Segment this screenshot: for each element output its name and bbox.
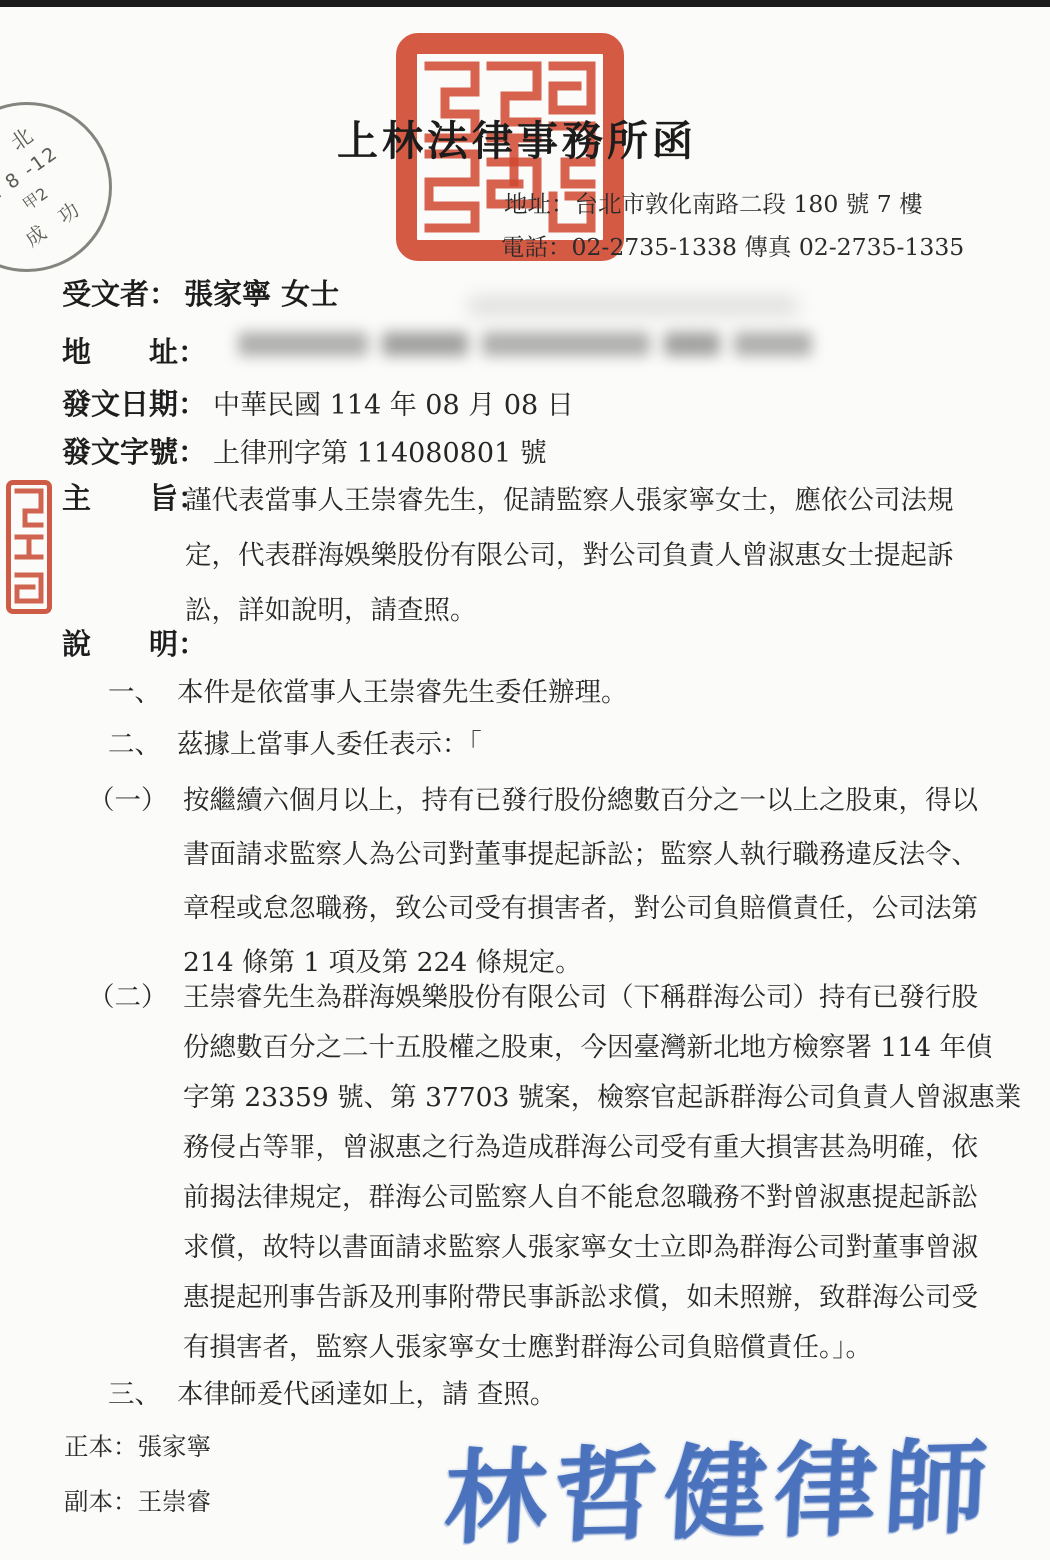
recipient-row: 受文者： 張家寧 女士 bbox=[62, 272, 339, 313]
sub-item-2-line: 份總數百分之二十五股權之股東，今因臺灣新北地方檢察署 114 年偵 bbox=[183, 1025, 992, 1064]
scan-edge-strip bbox=[0, 0, 1050, 7]
original-copy-line: 正本：張家寧 bbox=[64, 1428, 211, 1463]
letterhead-phone-fax: 電話：02-2735-1338 傳真 02-2735-1335 bbox=[501, 228, 964, 262]
postal-stamp-text: 北 8. 8 -12 甲2 成功 bbox=[0, 102, 112, 272]
item-2-marker: 二、 bbox=[108, 722, 161, 761]
letterhead-title: 上林法律事務所函 bbox=[337, 108, 697, 167]
attorney-name-seal-icon bbox=[6, 480, 52, 614]
sub-item-2-line: 字第 23359 號、第 37703 號案，檢察官起訴群海公司負責人曾淑惠業 bbox=[183, 1075, 1021, 1114]
subject-line: 謹代表當事人王崇睿先生，促請監察人張家寧女士，應依公司法規 bbox=[185, 478, 954, 517]
item-1-text: 本件是依當事人王崇睿先生委任辦理。 bbox=[177, 670, 628, 709]
issue-date-label: 發文日期： bbox=[62, 382, 207, 423]
sub-item-1-line: 按繼續六個月以上，持有已發行股份總數百分之一以上之股東，得以 bbox=[183, 778, 978, 817]
subject-line: 定，代表群海娛樂股份有限公司，對公司負責人曾淑惠女士提起訴 bbox=[185, 533, 954, 572]
redacted-address bbox=[238, 324, 878, 364]
sub-item-2-marker: （二） bbox=[88, 975, 168, 1014]
sub-item-1-line: 章程或怠忽職務，致公司受有損害者，對公司負賠償責任，公司法第 bbox=[183, 886, 978, 925]
reference-number-row: 發文字號： 上律刑字第 114080801 號 bbox=[62, 430, 547, 471]
address-label: 地 址： bbox=[62, 330, 207, 371]
issue-date-value: 中華民國 114 年 08 月 08 日 bbox=[213, 383, 574, 422]
duplicate-copy-line: 副本：王崇睿 bbox=[64, 1483, 211, 1518]
redaction-block bbox=[238, 332, 368, 356]
postmark-region: 北 bbox=[4, 120, 38, 157]
letterhead-address: 地址：台北市敦化南路二段 180 號 7 樓 bbox=[504, 185, 923, 219]
reference-number-label: 發文字號： bbox=[62, 430, 207, 471]
sub-item-1-line: 214 條第 1 項及第 224 條規定。 bbox=[183, 940, 582, 979]
redaction-block bbox=[664, 332, 720, 356]
sub-item-2-line: 務侵占等罪，曾淑惠之行為造成群海公司受有重大損害甚為明確，依 bbox=[183, 1125, 978, 1164]
recipient-name: 張家寧 女士 bbox=[184, 272, 339, 313]
explanation-label: 說 明： bbox=[62, 622, 207, 663]
redaction-smudge bbox=[468, 296, 798, 316]
seal-side-pattern bbox=[11, 485, 47, 609]
sub-item-1-marker: （一） bbox=[88, 778, 168, 817]
issue-date-row: 發文日期： 中華民國 114 年 08 月 08 日 bbox=[62, 382, 574, 423]
redaction-block bbox=[482, 332, 650, 356]
redaction-block bbox=[734, 332, 812, 356]
recipient-label: 受文者： bbox=[62, 272, 178, 313]
sub-item-1-line: 書面請求監察人為公司對董事提起訴訟；監察人執行職務違反法令、 bbox=[183, 832, 978, 871]
scanned-legal-letter: { "page": { "postmark": { "line1": "北", … bbox=[0, 0, 1050, 1560]
sub-item-2-line: 惠提起刑事告訴及刑事附帶民事訴訟求償，如未照辦，致群海公司受 bbox=[183, 1275, 978, 1314]
postal-date-stamp: 北 8. 8 -12 甲2 成功 bbox=[0, 102, 112, 272]
attorney-signature-stamp: 林哲健律師 bbox=[441, 1406, 998, 1560]
sub-item-2-line: 王崇睿先生為群海娛樂股份有限公司（下稱群海公司）持有已發行股 bbox=[183, 975, 978, 1014]
item-3-marker: 三、 bbox=[108, 1372, 161, 1411]
reference-number-value: 上律刑字第 114080801 號 bbox=[213, 431, 547, 470]
item-3-text: 本律師爰代函達如上，請 查照。 bbox=[177, 1372, 556, 1411]
address-row: 地 址： bbox=[62, 330, 207, 371]
subject-line: 訟，詳如說明，請查照。 bbox=[185, 588, 477, 627]
item-2-text: 茲據上當事人委任表示：「 bbox=[177, 722, 482, 761]
sub-item-2-line: 有損害者，監察人張家寧女士應對群海公司負賠償責任。」。 bbox=[183, 1325, 872, 1364]
item-1-marker: 一、 bbox=[108, 670, 161, 709]
sub-item-2-line: 前揭法律規定，群海公司監察人自不能怠忽職務不對曾淑惠提起訴訟 bbox=[183, 1175, 978, 1214]
sub-item-2-line: 求償，故特以書面請求監察人張家寧女士立即為群海公司對董事曾淑 bbox=[183, 1225, 978, 1264]
redaction-block bbox=[382, 332, 468, 356]
